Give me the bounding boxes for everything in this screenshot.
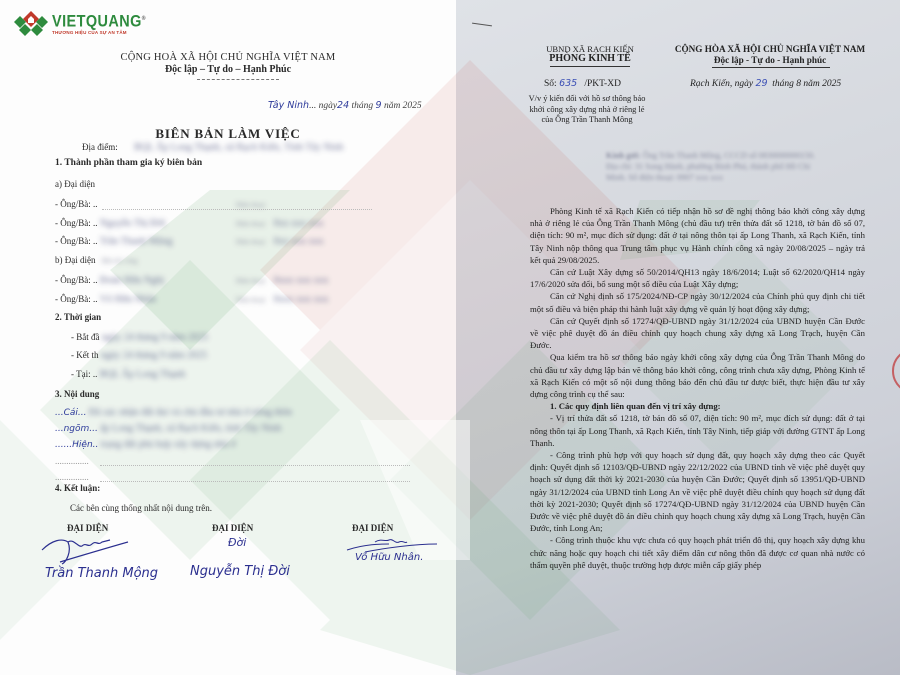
body-paragraph: Căn cứ Nghị định số 175/2024/NĐ-CP ngày …: [530, 290, 865, 314]
participant-row: - Ông/Bà: ..: [55, 199, 98, 209]
section-1-heading: 1. Thành phần tham gia ký biên bản: [55, 158, 202, 168]
signer-name-2: Nguyễn Thị Đời: [190, 564, 290, 579]
agency-name: PHÒNG KINH TẾ: [520, 53, 660, 65]
regulation-item: - Công trình phù hợp với quy hoạch sử dụ…: [530, 449, 865, 534]
content-line: ...ngõm... ấp Long Thạnh, xã Rạch Kiến, …: [55, 423, 281, 434]
left-motto: Độc lập – Tự do – Hạnh Phúc: [0, 64, 456, 75]
body-paragraph: Căn cứ Quyết định số 17274/QĐ-UBND ngày …: [530, 315, 865, 352]
regulation-item: - Công trình thuộc khu vực chưa có quy h…: [530, 534, 865, 571]
document-number: Số: 635 /PKT-XD: [544, 78, 621, 90]
signature-scrawl-2: Đời: [228, 536, 246, 549]
right-date-line: Rạch Kiến, ngày 29 tháng 8 năm 2025: [690, 78, 841, 90]
left-header-divider: [197, 79, 279, 80]
recipient-block: Kính gửi: Ông Trần Thanh Mông, CCCD số 0…: [606, 150, 815, 183]
subject-block: V/v ý kiến đối với hồ sơ thông báo khởi …: [512, 94, 662, 126]
signer-name-1: Trần Thanh Mộng: [45, 566, 158, 581]
end-time-row: - Kết th ngày 24 tháng 9 năm 2025: [71, 350, 207, 361]
venue-row: - Tại: .. BQL Ấp Long Thạnh: [71, 369, 185, 380]
signature-scrawl-1-icon: [40, 528, 140, 568]
participant-row: - Ông/Bà: .. Võ Hữu Nhân: [55, 294, 156, 305]
conclusion-text: Các bên cùng thống nhất nội dung trên.: [70, 503, 212, 513]
content-line: ...Cái... Đã xác nhận đất đai và chủ đầu…: [55, 407, 292, 418]
left-nation-header: CỘNG HOÀ XÃ HỘI CHỦ NGHĨA VIỆT NAM: [0, 52, 456, 63]
section-2-heading: 2. Thời gian: [55, 312, 101, 322]
group-b-label: b) Đại diện Bên thi công: [55, 255, 138, 265]
participant-row: - Ông/Bà: .. Đoàn Hữu Nghị: [55, 275, 164, 286]
brand-name: VIETQUANG®: [52, 11, 146, 30]
body-paragraph: Qua kiểm tra hồ sơ thông báo ngày khởi c…: [530, 351, 865, 400]
section-1-heading-right: 1. Các quy định liên quan đến vị trí xây…: [530, 400, 865, 412]
start-time-row: - Bắt đầ ngày 24 tháng 9 năm 2025: [71, 332, 208, 343]
brand-slogan: THƯƠNG HIỆU CỦA SỰ AN TÂM: [52, 30, 162, 35]
content-line: ......Hiện.. trạng đất phù hợp xây dựng …: [55, 439, 236, 450]
left-document-title: BIÊN BẢN LÀM VIỆC: [0, 126, 456, 142]
participant-row: - Ông/Bà: .. Trần Thanh Mộng: [55, 236, 173, 247]
content-line: ...............: [55, 456, 89, 466]
body-paragraph: Căn cứ Luật Xây dựng số 50/2014/QH13 ngà…: [530, 266, 865, 290]
content-line: ...............: [55, 472, 89, 482]
regulation-item: - Vị trí thửa đất số 1218, tờ bản đồ số …: [530, 412, 865, 449]
body-paragraph: Phòng Kinh tế xã Rạch Kiến có tiếp nhận …: [530, 205, 865, 266]
left-date-line: Tây Ninh... ngày24 tháng 9 năm 2025: [268, 100, 422, 111]
vietquang-logo-icon: [14, 10, 48, 36]
letter-body: Phòng Kinh tế xã Rạch Kiến có tiếp nhận …: [530, 205, 865, 571]
signer-name-3: Võ Hữu Nhân.: [355, 552, 423, 563]
right-motto: Độc lập - Tự do - Hạnh phúc: [650, 54, 890, 66]
group-a-label: a) Đại diện: [55, 179, 95, 189]
location-row: Địa điểm: BQL Ấp Long Thạnh, xã Rạch Kiế…: [82, 142, 343, 153]
signature-label-2: ĐẠI DIỆN: [212, 523, 253, 533]
participant-row: - Ông/Bà: .. Nguyễn Thị Đời: [55, 218, 165, 229]
signature-label-3: ĐẠI DIỆN: [352, 523, 393, 533]
vietquang-logo: VIETQUANG® THƯƠNG HIỆU CỦA SỰ AN TÂM: [14, 10, 162, 36]
section-3-heading: 3. Nội dung: [55, 389, 99, 399]
section-4-heading: 4. Kết luận:: [55, 483, 100, 493]
